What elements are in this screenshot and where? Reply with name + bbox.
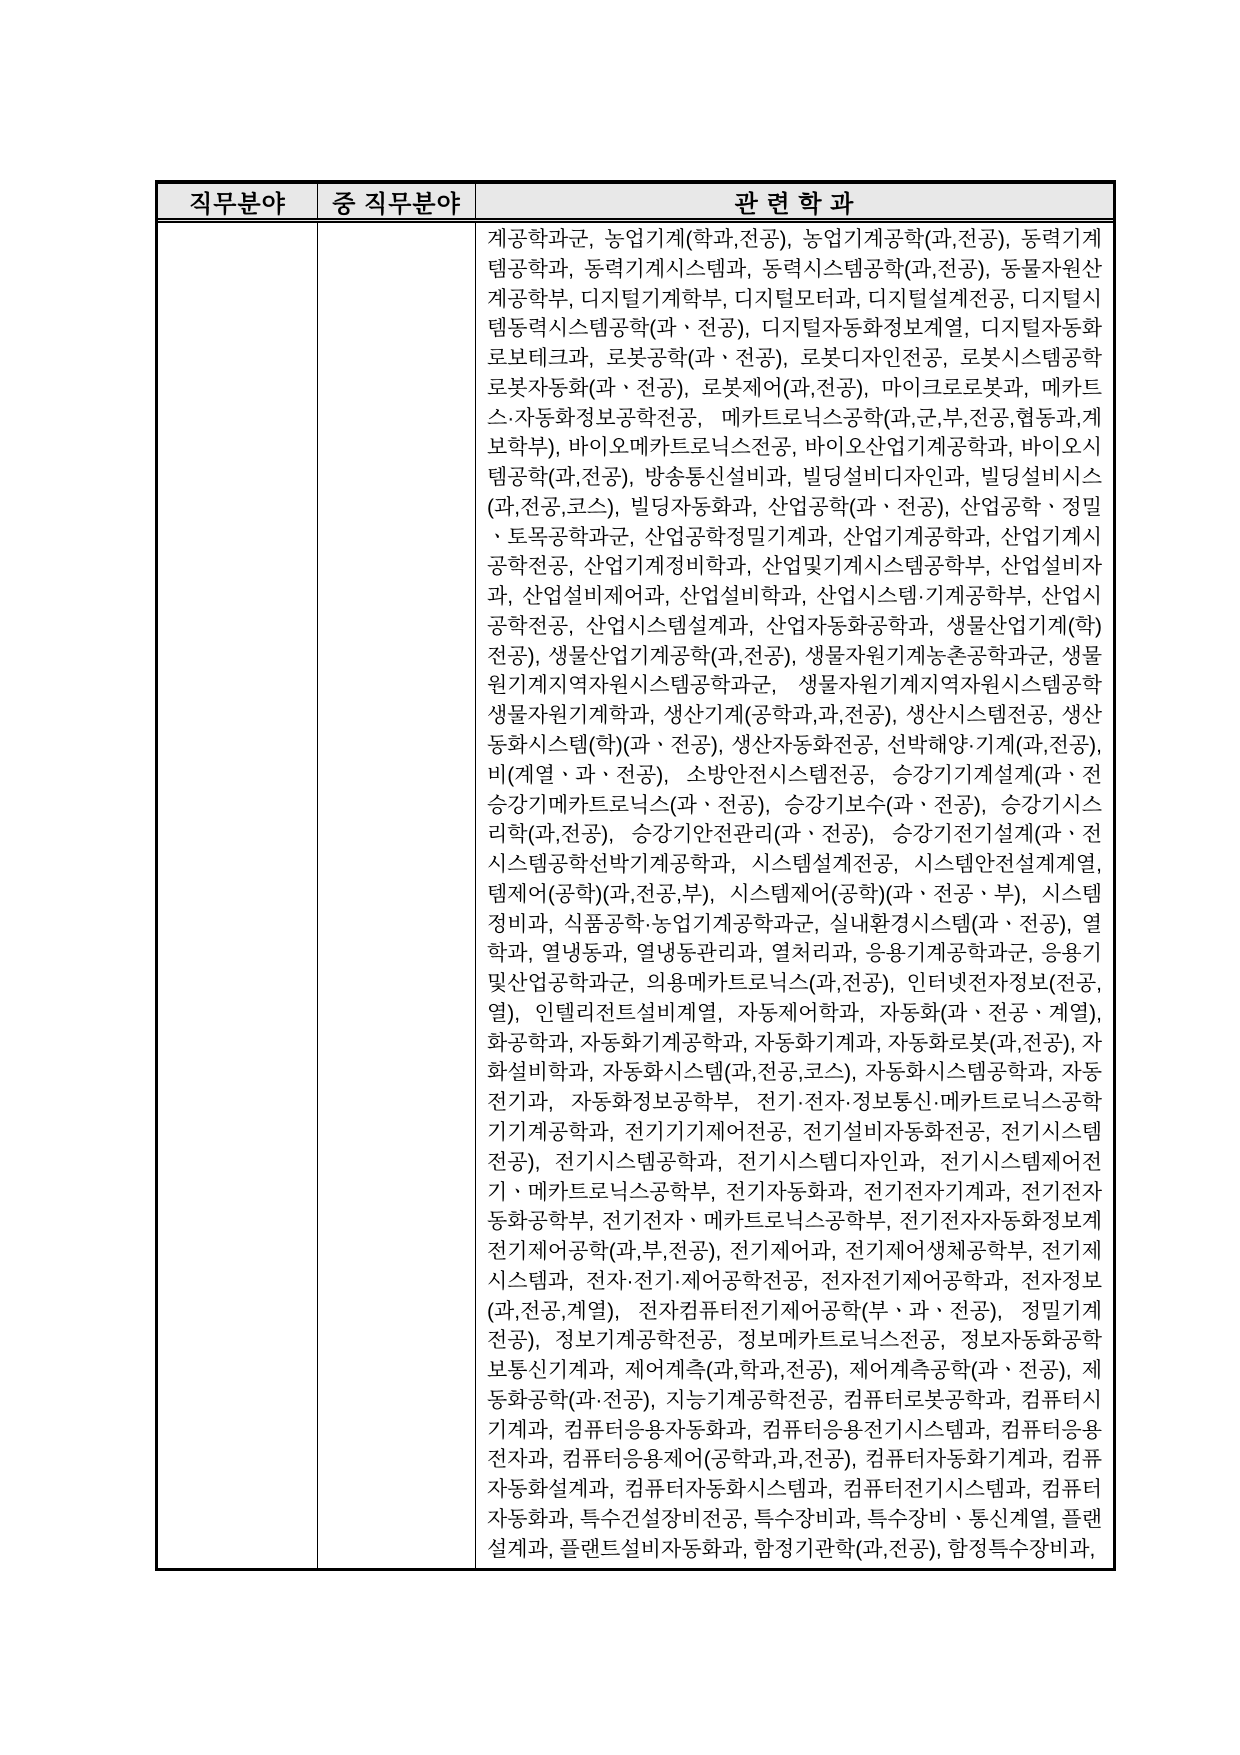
- department-list-line: 전공), 생물산업기계공학(과,전공), 생물자원기계농촌공학과군, 생물자: [487, 642, 1102, 672]
- department-list-line: 공학전공, 산업시스템설계과, 산업자동화공학과, 생물산업기계(학)(과ㆍ: [487, 612, 1102, 642]
- department-list-line: 전자과, 컴퓨터응용제어(공학과,과,전공), 컴퓨터자동화기계과, 컴퓨터: [487, 1445, 1102, 1475]
- department-list-line: (과,전공,계열), 전자컴퓨터전기제어공학(부ㆍ과ㆍ전공), 정밀기계(과ㆍ: [487, 1297, 1102, 1327]
- department-list-line: 템공학과, 동력기계시스템과, 동력시스템공학(과,전공), 동물자원산업기: [487, 255, 1102, 285]
- department-list-line: 정비과, 식품공학·농업기계공학과군, 실내환경시스템(과ㆍ전공), 열기계: [487, 910, 1102, 940]
- department-list-line: 전기제어공학(과,부,전공), 전기제어과, 전기제어생체공학부, 전기제어: [487, 1237, 1102, 1267]
- department-list-line: ㆍ토목공학과군, 산업공학정밀기계과, 산업기계공학과, 산업기계시스템: [487, 523, 1102, 553]
- department-list-line: 스·자동화정보공학전공, 메카트로닉스공학(과,군,부,전공,협동과,계열정: [487, 404, 1102, 434]
- department-list-line: 템공학(과,전공), 방송통신설비과, 빌딩설비디자인과, 빌딩설비시스템: [487, 463, 1102, 493]
- department-list-line: 동화공학부, 전기전자ㆍ메카트로닉스공학부, 전기전자자동화정보계열,: [487, 1207, 1102, 1237]
- department-list-line: 전공), 전기시스템공학과, 전기시스템디자인과, 전기시스템제어전공, 전: [487, 1148, 1102, 1178]
- department-list-line: 전공), 정보기계공학전공, 정보메카트로닉스전공, 정보자동화공학부, 정: [487, 1326, 1102, 1356]
- department-list-line: 학과, 열냉동과, 열냉동관리과, 열처리과, 응용기계공학과군, 응용기계: [487, 939, 1102, 969]
- department-list-line: 동화시스템(학)(과ㆍ전공), 생산자동화전공, 선박해양·기계(과,전공), …: [487, 731, 1102, 761]
- document-page: 직무분야 중 직무분야 관 련 학 과 계공학과군, 농업기계(학과,전공), …: [0, 0, 1240, 1755]
- table-body-row: 계공학과군, 농업기계(학과,전공), 농업기계공학(과,전공), 동력기계시스…: [158, 223, 1113, 1568]
- department-list-line: 로보테크과, 로봇공학(과ㆍ전공), 로봇디자인전공, 로봇시스템공학과,: [487, 344, 1102, 374]
- department-list-line: 자동화과, 특수건설장비전공, 특수장비과, 특수장비ㆍ통신계열, 플랜트: [487, 1505, 1102, 1535]
- department-list-line: 기계과, 컴퓨터응용자동화과, 컴퓨터응용전기시스템과, 컴퓨터응용전기: [487, 1416, 1102, 1446]
- department-list-line: 시스템공학선박기계공학과, 시스템설계전공, 시스템안전설계계열, 시스: [487, 850, 1102, 880]
- department-list-line: 화공학과, 자동화기계공학과, 자동화기계과, 자동화로봇(과,전공), 자동: [487, 1029, 1102, 1059]
- department-list-line: 기ㆍ메카트로닉스공학부, 전기자동화과, 전기전자기계과, 전기전자및자: [487, 1178, 1102, 1208]
- table-header-row: 직무분야 중 직무분야 관 련 학 과: [158, 184, 1113, 223]
- department-list-line: 보학부), 바이오메카트로닉스전공, 바이오산업기계공학과, 바이오시스: [487, 433, 1102, 463]
- department-list-line: 리학(과,전공), 승강기안전관리(과ㆍ전공), 승강기전기설계(과ㆍ전공),: [487, 820, 1102, 850]
- department-list-line: 설계과, 플랜트설비자동화과, 함정기관학(과,전공), 함정특수장비과, 화: [487, 1535, 1102, 1565]
- department-list-line: 계공학과군, 농업기계(학과,전공), 농업기계공학(과,전공), 동력기계시스: [487, 225, 1102, 255]
- department-list-line: 로봇자동화(과ㆍ전공), 로봇제어(과,전공), 마이크로로봇과, 메카트로닉: [487, 374, 1102, 404]
- cell-job-field: [158, 223, 318, 1568]
- department-list-line: 보통신기계과, 제어계측(과,학과,전공), 제어계측공학(과ㆍ전공), 제어자: [487, 1356, 1102, 1386]
- department-list-line: 및산업공학과군, 의용메카트로닉스(과,전공), 인터넷전자정보(전공,계: [487, 969, 1102, 999]
- department-list-line: 과, 산업설비제어과, 산업설비학과, 산업시스템·기계공학부, 산업시스템: [487, 582, 1102, 612]
- department-list-line: 비(계열ㆍ과ㆍ전공), 소방안전시스템전공, 승강기기계설계(과ㆍ전공),: [487, 761, 1102, 791]
- related-departments-table: 직무분야 중 직무분야 관 련 학 과 계공학과군, 농업기계(학과,전공), …: [155, 180, 1116, 1571]
- department-list-line: 공학전공, 산업기계정비학과, 산업및기계시스템공학부, 산업설비자동화: [487, 552, 1102, 582]
- department-list-line: 기기계공학과, 전기기기제어전공, 전기설비자동화전공, 전기시스템(과,: [487, 1118, 1102, 1148]
- header-job-field: 직무분야: [158, 184, 318, 218]
- department-list-line: 승강기메카트로닉스(과ㆍ전공), 승강기보수(과ㆍ전공), 승강기시스템관: [487, 791, 1102, 821]
- department-list-line: 열), 인텔리전트설비계열, 자동제어학과, 자동화(과ㆍ전공ㆍ계열), 자동: [487, 999, 1102, 1029]
- department-list-line: (과,전공,코스), 빌딩자동화과, 산업공학(과ㆍ전공), 산업공학ㆍ정밀기계: [487, 493, 1102, 523]
- department-list-line: 시스템과, 전자·전기·제어공학전공, 전자전기제어공학과, 전자정보통신: [487, 1267, 1102, 1297]
- cell-related-departments: 계공학과군, 농업기계(학과,전공), 농업기계공학(과,전공), 동력기계시스…: [476, 223, 1113, 1568]
- department-list-line: 화설비학과, 자동화시스템(과,전공,코스), 자동화시스템공학과, 자동화: [487, 1058, 1102, 1088]
- department-list-line: 자동화설계과, 컴퓨터자동화시스템과, 컴퓨터전기시스템과, 컴퓨터전기: [487, 1475, 1102, 1505]
- department-list-line: 템동력시스템공학(과ㆍ전공), 디지털자동화정보계열, 디지털자동화학과,: [487, 314, 1102, 344]
- header-related-departments: 관 련 학 과: [476, 184, 1113, 218]
- cell-mid-job-field: [318, 223, 476, 1568]
- department-list-line: 템제어(공학)(과,전공,부), 시스템제어(공학)(과ㆍ전공ㆍ부), 시스템제…: [487, 880, 1102, 910]
- department-list-line: 계공학부, 디지털기계학부, 디지털모터과, 디지털설계전공, 디지털시스: [487, 285, 1102, 315]
- department-list-line: 원기계지역자원시스템공학과군, 생물자원기계지역자원시스템공학과군,: [487, 671, 1102, 701]
- header-mid-job-field: 중 직무분야: [318, 184, 476, 218]
- department-list-line: 동화공학(과·전공), 지능기계공학전공, 컴퓨터로봇공학과, 컴퓨터시스템: [487, 1386, 1102, 1416]
- department-list-line: 생물자원기계학과, 생산기계(공학과,과,전공), 생산시스템전공, 생산자: [487, 701, 1102, 731]
- department-list-line: 전기과, 자동화정보공학부, 전기·전자·정보통신·메카트로닉스공학부, 전: [487, 1088, 1102, 1118]
